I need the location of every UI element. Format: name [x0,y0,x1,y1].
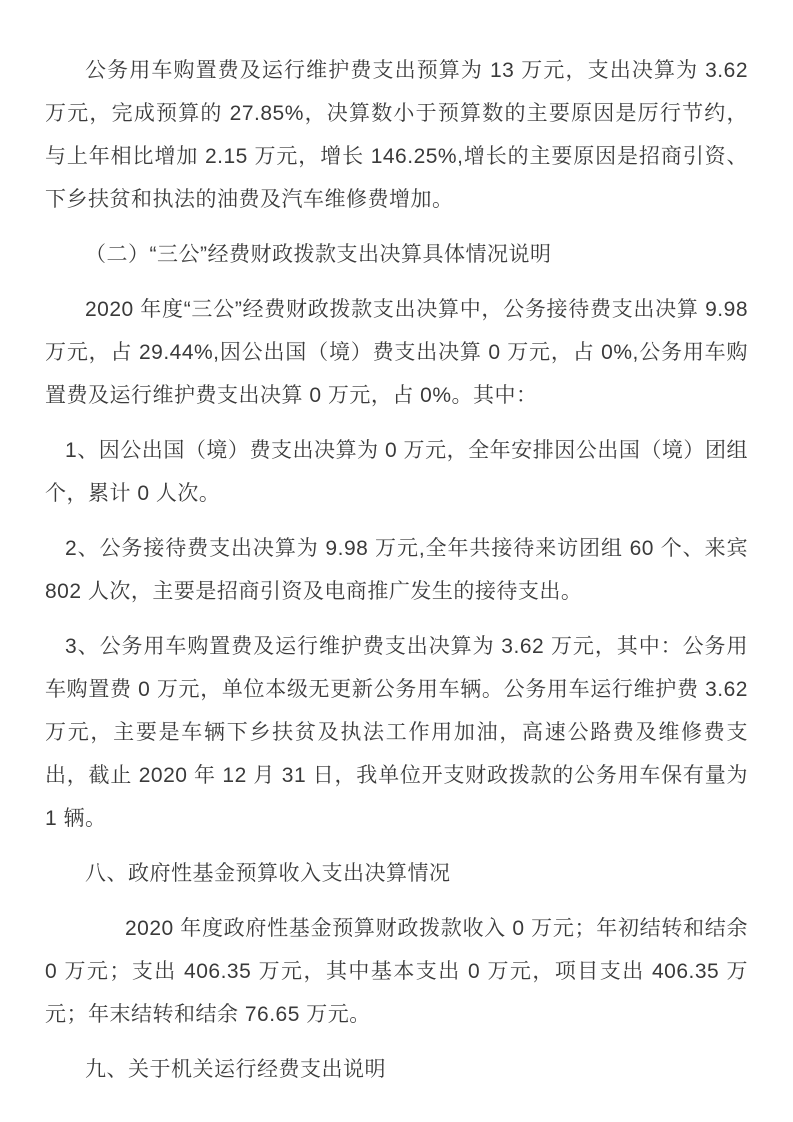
section-heading-9: 九、关于机关运行经费支出说明 [45,1048,748,1091]
document-page: 公务用车购置费及运行维护费支出预算为 13 万元，支出决算为 3.62 万元，完… [0,0,793,1122]
list-item-3-vehicle: 3、公务用车购置费及运行维护费支出决算为 3.62 万元，其中：公务用车购置费 … [45,625,748,840]
section-heading-8: 八、政府性基金预算收入支出决算情况 [45,852,748,895]
paragraph-vehicle-fee-summary: 公务用车购置费及运行维护费支出预算为 13 万元，支出决算为 3.62 万元，完… [45,49,748,221]
list-item-2-reception: 2、公务接待费支出决算为 9.98 万元,全年共接待来访团组 60 个、来宾 8… [45,527,748,613]
paragraph-three-public-overview: 2020 年度“三公”经费财政拨款支出决算中，公务接待费支出决算 9.98 万元… [45,288,748,417]
list-item-1-abroad: 1、因公出国（境）费支出决算为 0 万元，全年安排因公出国（境）团组 个，累计 … [45,429,748,515]
paragraph-gov-fund: 2020 年度政府性基金预算财政拨款收入 0 万元；年初结转和结余 0 万元；支… [45,907,748,1036]
section-heading-2: （二）“三公”经费财政拨款支出决算具体情况说明 [45,233,748,276]
